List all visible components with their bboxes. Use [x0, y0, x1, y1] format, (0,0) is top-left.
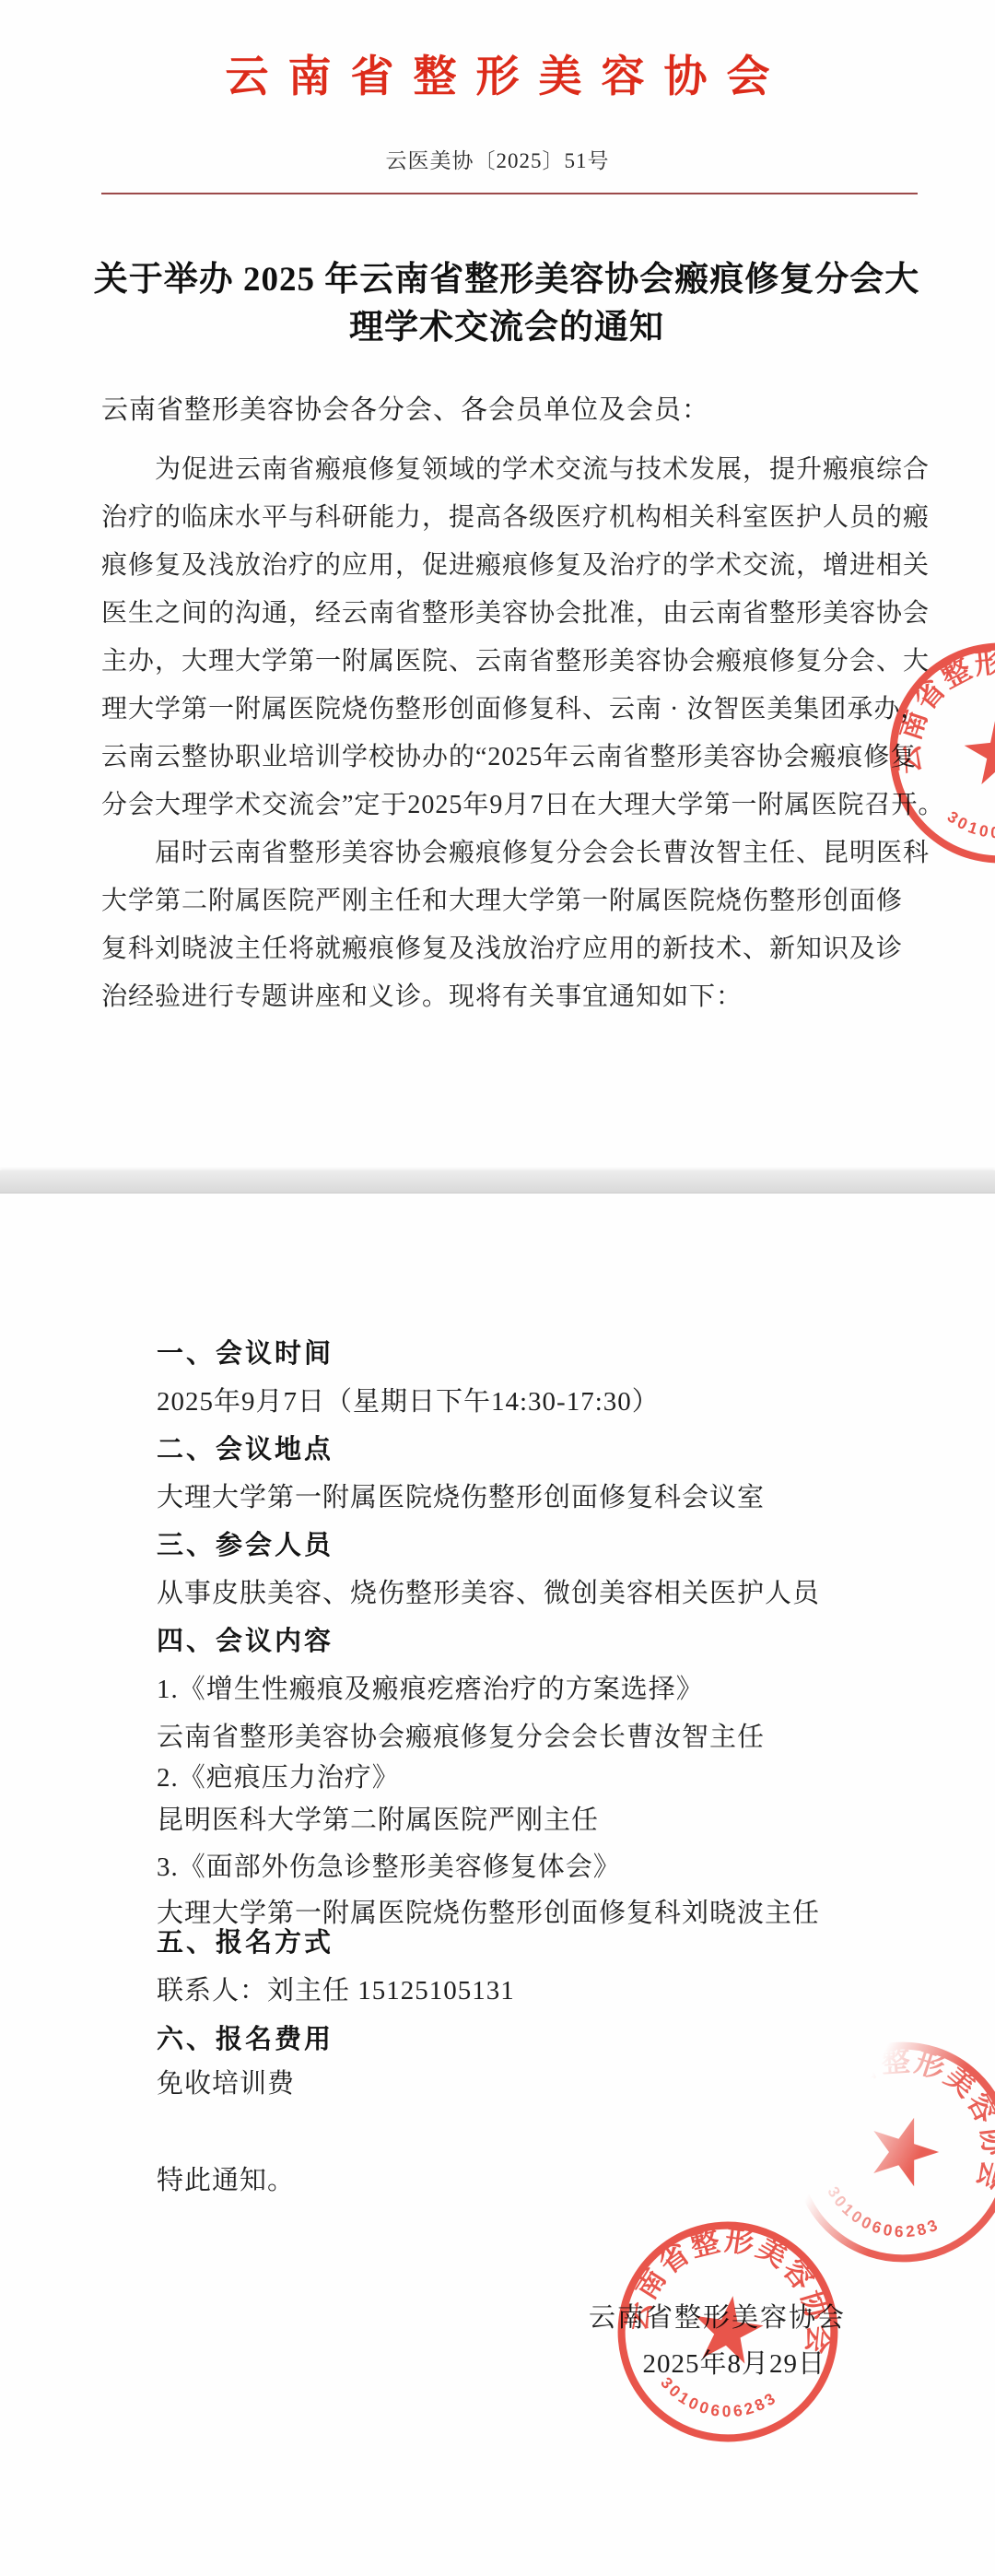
- section-heading-signup: 五、报名方式: [157, 1922, 334, 1959]
- closing-line: 特此通知。: [157, 2159, 295, 2197]
- section-line-topic-3: 3.《面部外伤急诊整形美容修复体会》: [157, 1846, 621, 1884]
- body-line: 为促进云南省瘢痕修复领域的学术交流与技术发展，提升瘢痕综合: [101, 446, 942, 494]
- section-heading-people: 三、参会人员: [157, 1524, 334, 1562]
- section-line-speaker-2: 昆明医科大学第二附属医院严刚主任: [157, 1799, 599, 1837]
- section-line-speaker-1: 云南省整形美容协会瘢痕修复分会会长曹汝智主任: [157, 1716, 765, 1754]
- body-line: 主办，大理大学第一附属医院、云南省整形美容协会瘢痕修复分会、大: [101, 638, 942, 686]
- doc-number: 云医美协〔2025〕51号: [0, 144, 995, 174]
- section-line-topic-1: 1.《增生性瘢痕及瘢痕疙瘩治疗的方案选择》: [157, 1668, 704, 1706]
- body-line: 治经验进行专题讲座和义诊。现将有关事宜通知如下：: [101, 973, 942, 1021]
- body-line: 届时云南省整形美容协会瘢痕修复分会会长曹汝智主任、昆明医科: [101, 829, 942, 877]
- svg-text:云南省整形美容协会: 云南省整形美容协会: [882, 636, 995, 777]
- salutation: 云南省整形美容协会各分会、各会员单位及会员：: [101, 389, 709, 427]
- section-heading-time: 一、会议时间: [157, 1333, 334, 1370]
- header-divider: [101, 193, 918, 194]
- notice-title: 关于举办 2025 年云南省整形美容协会瘢痕修复分会大 理学术交流会的通知: [28, 256, 986, 352]
- section-line-contact: 联系人：刘主任 15125105131: [157, 1970, 515, 2007]
- notice-document: 云南省整形美容协会 云医美协〔2025〕51号 关于举办 2025 年云南省整形…: [0, 0, 995, 2576]
- body-line: 治疗的临床水平与科研能力，提高各级医疗机构相关科室医护人员的瘢: [101, 494, 942, 542]
- body-line: 痕修复及浅放治疗的应用，促进瘢痕修复及治疗的学术交流，增进相关: [101, 542, 942, 590]
- org-title: 云南省整形美容协会: [0, 42, 995, 104]
- body-line: 复科刘晓波主任将就瘢痕修复及浅放治疗应用的新技术、新知识及诊: [101, 925, 942, 973]
- section-heading-fee: 六、报名费用: [157, 2018, 334, 2056]
- section-heading-place: 二、会议地点: [157, 1429, 334, 1466]
- section-heading-content: 四、会议内容: [157, 1620, 334, 1658]
- section-line-place: 大理大学第一附属医院烧伤整形创面修复科会议室: [157, 1476, 765, 1514]
- body-line: 医生之间的沟通，经云南省整形美容协会批准，由云南省整形美容协会: [101, 590, 942, 638]
- body-line: 大学第二附属医院严刚主任和大理大学第一附属医院烧伤整形创面修: [101, 877, 942, 925]
- notice-title-line: 理学术交流会的通知: [28, 304, 986, 352]
- body-line: 理大学第一附属医院烧伤整形创面修复科、云南 · 汝智医美集团承办，: [101, 686, 942, 734]
- notice-title-line: 关于举办 2025 年云南省整形美容协会瘢痕修复分会大: [28, 256, 986, 304]
- page-break-separator: [0, 1170, 995, 1194]
- section-line-time: 2025年9月7日（星期日下午14:30-17:30）: [157, 1381, 660, 1418]
- body-line: 分会大理学术交流会”定于2025年9月7日在大理大学第一附属医院召开。: [101, 782, 942, 829]
- section-line-fee: 免收培训费: [157, 2063, 295, 2100]
- body-paragraphs: 为促进云南省瘢痕修复领域的学术交流与技术发展，提升瘢痕综合 治疗的临床水平与科研…: [101, 446, 942, 1021]
- section-line-topic-2: 2.《疤痕压力治疗》: [157, 1757, 400, 1794]
- official-seal-icon: 云南省整形美容协会 5301006062839: [572, 2176, 884, 2488]
- section-line-people: 从事皮肤美容、烧伤整形美容、微创美容相关医护人员: [157, 1572, 820, 1610]
- body-line: 云南云整协职业培训学校协办的“2025年云南省整形美容协会瘢痕修复: [101, 734, 942, 782]
